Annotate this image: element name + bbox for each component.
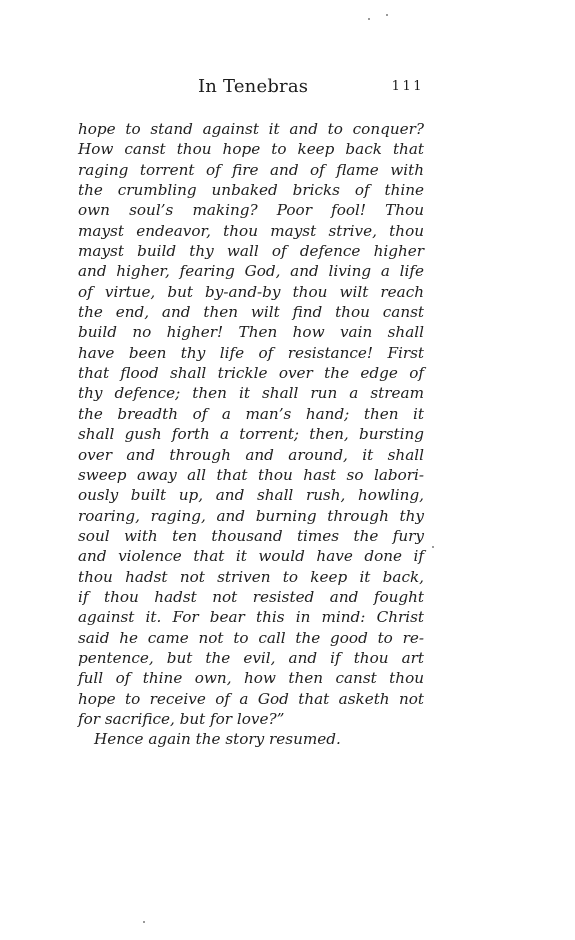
text-line: soul with ten thousand times the fury	[78, 526, 424, 546]
text-line: over and through and around, it shall	[78, 445, 424, 465]
text-line: have been thy life of resistance! First	[78, 343, 424, 363]
running-head: In Tenebras 111	[78, 76, 424, 100]
text-line: mayst endeavor, thou mayst strive, thou	[78, 221, 424, 241]
text-line: full of thine own, how then canst thou	[78, 668, 424, 688]
text-line: that flood shall trickle over the edge o…	[78, 363, 424, 383]
text-line: sweep away all that thou hast so labori-	[78, 465, 424, 485]
text-line: build no higher! Then how vain shall	[78, 322, 424, 342]
body-text: hope to stand against it and to conquer?…	[78, 119, 424, 750]
text-line: roaring, raging, and burning through thy	[78, 506, 424, 526]
text-line: own soul’s making? Poor fool! Thou	[78, 200, 424, 220]
text-line: of virtue, but by-and-by thou wilt reach	[78, 282, 424, 302]
text-line: shall gush forth a torrent; then, bursti…	[78, 424, 424, 444]
running-title: In Tenebras	[198, 76, 308, 97]
text-line: the end, and then wilt find thou canst	[78, 302, 424, 322]
text-line: pentence, but the evil, and if thou art	[78, 648, 424, 668]
text-line: hope to receive of a God that asketh not	[78, 689, 424, 709]
text-line-paragraph-end: for sacrifice, but for love?”	[78, 709, 424, 729]
text-line: thy defence; then it shall run a stream	[78, 383, 424, 403]
text-line: said he came not to call the good to re-	[78, 628, 424, 648]
scan-speck	[386, 14, 388, 16]
scan-speck	[143, 921, 145, 923]
scan-speck	[432, 546, 434, 548]
book-page: In Tenebras 111 hope to stand against it…	[0, 0, 575, 940]
text-line: thou hadst not striven to keep it back,	[78, 567, 424, 587]
page-number: 111	[392, 79, 424, 94]
text-line: mayst build thy wall of defence higher	[78, 241, 424, 261]
text-line: the breadth of a man’s hand; then it	[78, 404, 424, 424]
text-line: and violence that it would have done if	[78, 546, 424, 566]
text-line-new-paragraph: Hence again the story resumed.	[78, 729, 424, 749]
text-line: How canst thou hope to keep back that	[78, 139, 424, 159]
text-line: the crumbling unbaked bricks of thine	[78, 180, 424, 200]
text-line: raging torrent of fire and of flame with	[78, 160, 424, 180]
text-line: hope to stand against it and to conquer?	[78, 119, 424, 139]
text-line: against it. For bear this in mind: Chris…	[78, 607, 424, 627]
text-line: and higher, fearing God, and living a li…	[78, 261, 424, 281]
scan-speck	[368, 18, 370, 20]
text-line: if thou hadst not resisted and fought	[78, 587, 424, 607]
text-line: ously built up, and shall rush, howling,	[78, 485, 424, 505]
